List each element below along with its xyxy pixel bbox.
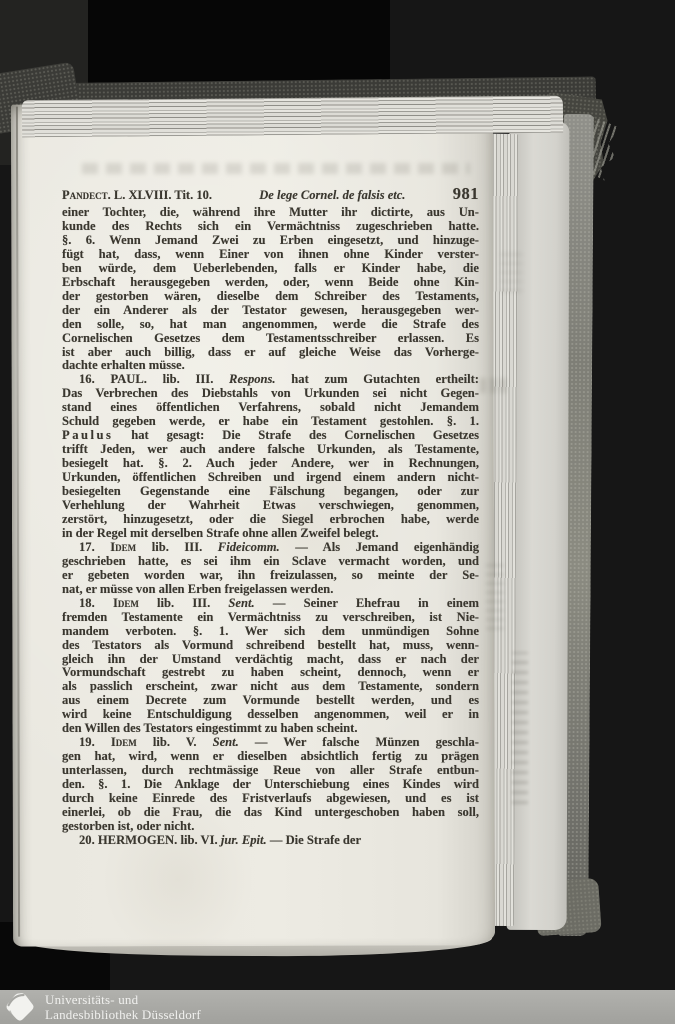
body-lines: einer Tochter, die, während ihre Mutter …	[62, 206, 479, 848]
ulb-gem-logo	[5, 992, 35, 1022]
text-line: den Willen des Testators eingestimmt zu …	[62, 722, 479, 736]
text-line: Das Verbrechen des Diebstahls von Urkund…	[62, 387, 479, 401]
text-line: gen hat, wird, wenn er dieselben absicht…	[62, 750, 479, 764]
text-line: den solle, so, hat man angenommen, werde…	[62, 318, 479, 332]
header-section-ref: L. XLVIII. Tit. 10.	[111, 188, 212, 202]
text-line: besiegelten Gegenstande eine Fälschung b…	[62, 485, 479, 499]
text-line: 18. Idem lib. III. Sent. — Seiner Ehefra…	[62, 597, 479, 611]
header-title: De lege Cornel. de falsis etc.	[259, 188, 405, 203]
text-line: als passlich erscheint, zwar nicht aus d…	[62, 680, 479, 694]
header-section-work: Pandect.	[62, 188, 111, 202]
text-line: des Testators als Vormund schreibend bes…	[62, 639, 479, 653]
page-number: 981	[453, 184, 479, 204]
text-line: Paulus hat gesagt: Die Strafe des Cornel…	[62, 429, 479, 443]
page-stack-top-edge	[22, 96, 563, 138]
text-line: Verhehlung der Wahrheit Etwas verschwieg…	[62, 499, 479, 513]
text-line: der gestorben wären, dieselbe dem Schrei…	[62, 290, 479, 304]
text-line: stand eines öffentlichen Verfahrens, sob…	[62, 401, 479, 415]
text-line: unterlassen, durch rechtmässige Reue von…	[62, 764, 479, 778]
header-section: Pandect. L. XLVIII. Tit. 10.	[62, 188, 212, 203]
text-line: gleich ihn der Umstand verdächtig macht,…	[62, 653, 479, 667]
text-line: zerstört, hinzugesetzt, oder die Siegel …	[62, 513, 479, 527]
text-line: in der Regel mit derselben Strafe ohne a…	[62, 527, 479, 541]
library-name-line1: Universitäts- und	[45, 992, 201, 1007]
text-line: nat, er müsse von allen Erben freigelass…	[62, 583, 479, 597]
text-line: 20. HERMOGEN. lib. VI. jur. Epit. — Die …	[62, 834, 479, 848]
library-footer-bar: Universitäts- und Landesbibliothek Düsse…	[0, 990, 675, 1024]
text-line: kunde des Rechts sich ein Vermächtniss z…	[62, 220, 479, 234]
text-line: 16. PAUL. lib. III. Respons. hat zum Gut…	[62, 373, 479, 387]
text-line: geschrieben hatte, es sei ihm ein Sclave…	[62, 555, 479, 569]
text-line: Cornelischen Gesetzes dem Testamentsschr…	[62, 332, 479, 346]
text-line: fügt hat, dass, wenn Einer von ihnen ohn…	[62, 248, 479, 262]
library-name: Universitäts- und Landesbibliothek Düsse…	[45, 992, 201, 1022]
text-line: 17. Idem lib. III. Fideicomm. — Als Jema…	[62, 541, 479, 555]
text-line: durch keine Einrede des Fristverlaufs ab…	[62, 792, 479, 806]
text-line: einerlei, ob die Frau, die das Kind unte…	[62, 806, 479, 820]
text-line: fremden Testamente ein Vermächtniss zu v…	[62, 611, 479, 625]
text-line: besiegelt hat. §. 2. Auch jeder Andere, …	[62, 457, 479, 471]
text-line: 19. Idem lib. V. Sent. — Wer falsche Mün…	[62, 736, 479, 750]
text-line: trifft Jeden, wer auch andere falsche Ur…	[62, 443, 479, 457]
text-line: dachte erhalten müsse.	[62, 359, 479, 373]
text-line: Urkunden, öffentlichen Schreiben und irg…	[62, 471, 479, 485]
book-scan-photo: Pandect. L. XLVIII. Tit. 10. De lege Cor…	[0, 0, 675, 1024]
library-name-line2: Landesbibliothek Düsseldorf	[45, 1007, 201, 1022]
text-line: Vormundschaft gestrebt zu haben scheint,…	[62, 666, 479, 680]
text-line: ist aber auch billig, dass er auf gleich…	[62, 346, 479, 360]
text-line: den. §. 1. Die Anklage der Unterschiebun…	[62, 778, 479, 792]
text-line: Schuld gegeben werde, er habe ein Testam…	[62, 415, 479, 429]
text-line: einer Tochter, die, während ihre Mutter …	[62, 206, 479, 220]
running-header: Pandect. L. XLVIII. Tit. 10. De lege Cor…	[62, 184, 479, 204]
text-line: §. 6. Wenn Jemand Zwei zu Erben eingeset…	[62, 234, 479, 248]
text-line: der ein Anderer als der Testator gewesen…	[62, 304, 479, 318]
text-line: Erbschaft herausgegeben werden, oder, we…	[62, 276, 479, 290]
text-line: ben würde, dem Ueberlebenden, falls er K…	[62, 262, 479, 276]
text-line: er gebeten worden war, ihn freizulassen,…	[62, 569, 479, 583]
text-line: aus einem Decrete zum Vormunde bestellt …	[62, 694, 479, 708]
text-line: wird keine Entschuldigung desselben ange…	[62, 708, 479, 722]
text-line: gestorben ist, oder nicht.	[62, 820, 479, 834]
text-line: mandem verboten. §. 1. Wer sich dem unmü…	[62, 625, 479, 639]
